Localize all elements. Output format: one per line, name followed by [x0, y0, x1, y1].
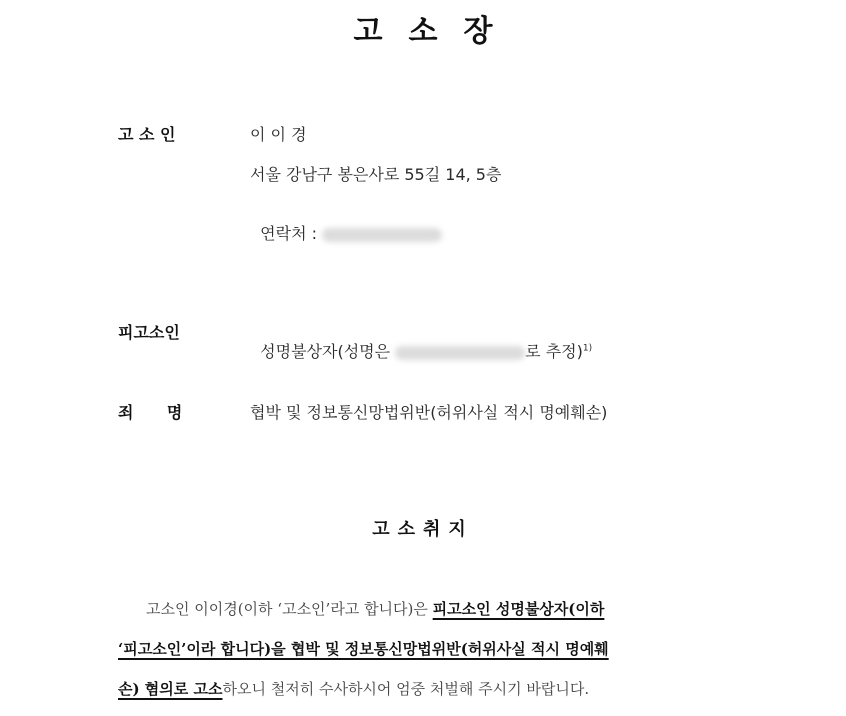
complainant-contact: 연락처 :	[250, 202, 442, 244]
purpose-line-2-underlined: ‘피고소인’이라 합니다)을 협박 및 정보통신망법위반(허위사실 적시 명예훼	[118, 640, 609, 658]
defendant-text-after: 로 추정)	[525, 342, 583, 361]
purpose-line-3: 손) 혐의로 고소하오니 철저히 수사하시어 엄중 처벌해 주시기 바랍니다.	[118, 678, 728, 699]
redacted-contact	[322, 228, 442, 242]
purpose-line-1-plain: 고소인 이이경(이하 ‘고소인’라고 합니다)은	[146, 600, 433, 618]
charge-label: 죄 명	[118, 400, 182, 423]
purpose-line-3-plain: 하오니 철저히 수사하시어 엄중 처벌해 주시기 바랍니다.	[222, 680, 589, 698]
defendant-text-before: 성명불상자(성명은	[260, 342, 395, 361]
document-title: 고소장	[0, 6, 846, 50]
purpose-line-2: ‘피고소인’이라 합니다)을 협박 및 정보통신망법위반(허위사실 적시 명예훼	[118, 638, 728, 659]
redacted-name	[395, 346, 525, 360]
charge-value: 협박 및 정보통신망법위반(허위사실 적시 명예훼손)	[250, 400, 607, 423]
purpose-line-3-underlined: 손) 혐의로 고소	[118, 680, 222, 698]
purpose-line-1: 고소인 이이경(이하 ‘고소인’라고 합니다)은 피고소인 성명불상자(이하	[118, 598, 728, 619]
contact-label: 연락처 :	[260, 224, 322, 243]
defendant-label: 피고소인	[118, 320, 180, 343]
complainant-address: 서울 강남구 봉은사로 55길 14, 5층	[250, 162, 501, 185]
complainant-label: 고 소 인	[118, 122, 176, 145]
footnote-marker[interactable]: 1)	[583, 344, 592, 354]
purpose-line-1-underlined: 피고소인 성명불상자(이하	[433, 600, 605, 618]
defendant-value: 성명불상자(성명은 로 추정)1)	[250, 320, 592, 362]
complainant-name: 이 이 경	[250, 122, 307, 145]
purpose-section-title: 고소취지	[0, 515, 846, 541]
